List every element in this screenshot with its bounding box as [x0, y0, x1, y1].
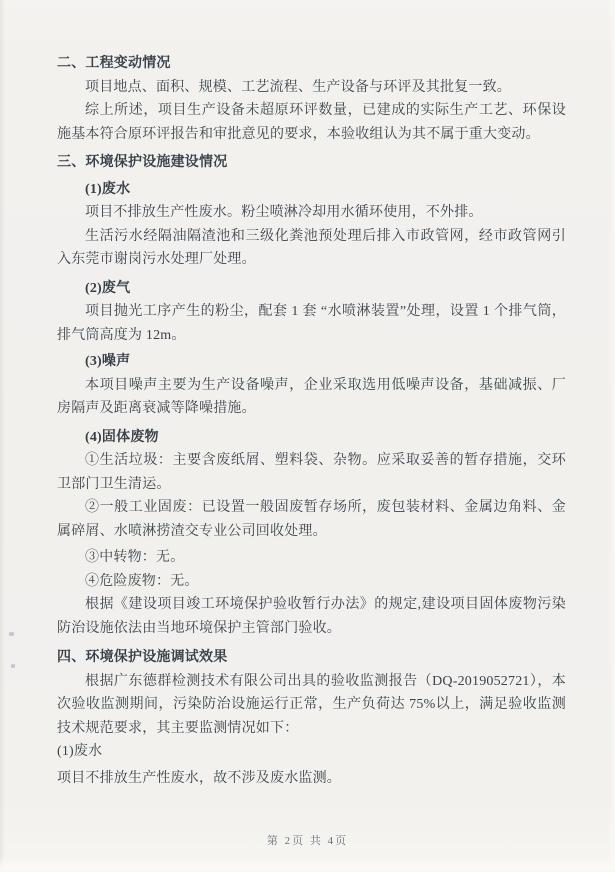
scanned-document-page: 二、工程变动情况 项目地点、面积、规模、工艺流程、生产设备与环评及其批复一致。 … — [0, 0, 615, 872]
paragraph: 生活污水经隔油隔渣池和三级化粪池预处理后排入市政管网，经市政管网引入东莞市谢岗污… — [57, 225, 566, 272]
paragraph: 项目不排放生产性废水，故不涉及废水监测。 — [57, 767, 566, 791]
paragraph: 项目抛光工序产生的粉尘，配套 1 套 “水喷淋装置”处理，设置 1 个排气筒，排… — [57, 300, 566, 347]
section-heading-3: 三、环境保护设施建设情况 — [57, 151, 566, 175]
list-item: ④危险废物：无。 — [57, 570, 566, 594]
list-item: ②一般工业固废：已设置一般固废暂存场所，废包装材料、金属边角料、金属碎屑、水喷淋… — [57, 496, 566, 543]
paragraph: 根据《建设项目竣工环境保护验收暂行办法》的规定,建设项目固体废物污染防治设施依法… — [57, 593, 566, 640]
section-heading-2: 二、工程变动情况 — [57, 52, 566, 76]
section-heading-4: 四、环境保护设施调试效果 — [57, 646, 566, 670]
scan-bottom-edge — [0, 856, 615, 872]
list-item: ①生活垃圾：主要含废纸屑、塑料袋、杂物。应采取妥善的暂存措施，交环卫部门卫生清运… — [57, 449, 566, 496]
paragraph: 项目地点、面积、规模、工艺流程、生产设备与环评及其批复一致。 — [57, 76, 566, 100]
scan-speck — [9, 632, 14, 636]
scan-left-shadow — [0, 0, 5, 872]
page-number: 第 2页 共 4页 — [0, 832, 615, 848]
subheading-wastewater-monitoring: (1)废水 — [57, 740, 566, 764]
scan-speck — [11, 664, 15, 668]
subheading-wastewater: (1)废水 — [57, 178, 566, 202]
list-item: ③中转物：无。 — [57, 546, 566, 570]
paragraph: 项目不排放生产性废水。粉尘喷淋冷却用水循环使用，不外排。 — [57, 201, 566, 225]
paragraph: 根据广东德群检测技术有限公司出具的验收监测报告（DQ-2019052721），本… — [57, 670, 566, 741]
paragraph: 本项目噪声主要为生产设备噪声，企业采取选用低噪声设备，基础减振、厂房隔声及距离衰… — [57, 374, 566, 421]
subheading-noise: (3)噪声 — [57, 350, 566, 374]
subheading-solid-waste: (4)固体废物 — [57, 426, 566, 450]
document-body: 二、工程变动情况 项目地点、面积、规模、工艺流程、生产设备与环评及其批复一致。 … — [57, 52, 566, 790]
scan-right-edge — [608, 0, 615, 872]
subheading-gas: (2)废气 — [57, 277, 566, 301]
paragraph: 综上所述，项目生产设备未超原环评数量，已建成的实际生产工艺、环保设施基本符合原环… — [57, 99, 566, 146]
